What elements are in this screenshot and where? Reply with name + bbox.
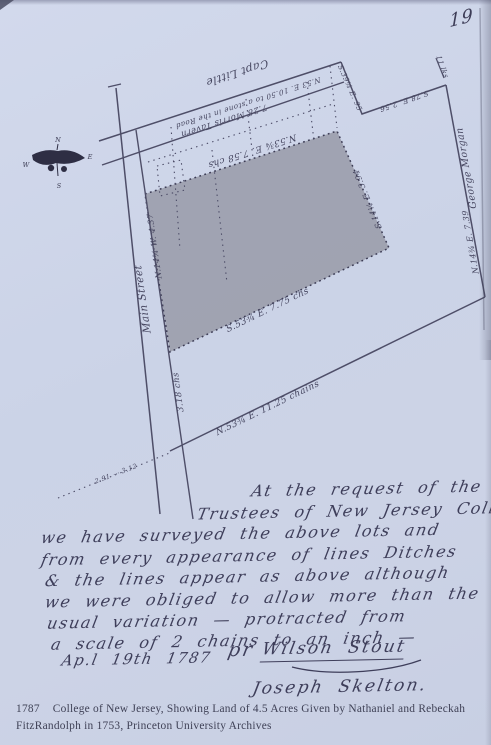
compass-east-letter: E <box>88 153 93 161</box>
signature-prefix: pr <box>226 641 255 661</box>
photo-top-shadow <box>0 0 491 5</box>
compass-north-letter: N <box>55 136 61 144</box>
compass-south-letter: S <box>57 182 61 190</box>
scanned-archive-page: Capt Little N.53 E. 10.50 to a stone in … <box>0 0 491 745</box>
compass-west-letter: W <box>23 161 30 169</box>
photo-right-shadow-lower <box>485 340 491 745</box>
signature-joseph-skelton: Joseph Skelton. <box>251 677 429 698</box>
street-end-tick <box>108 84 121 87</box>
note-date: Ap.l 19th 1787 <box>60 650 212 668</box>
compass-rose-icon <box>32 144 85 176</box>
caption-text: College of New Jersey, Showing Land of 4… <box>16 703 465 732</box>
caption: 1787College of New Jersey, Showing Land … <box>16 701 478 735</box>
photo-right-shadow <box>479 0 491 360</box>
signature-wilson-stout: Wilson Stout <box>260 639 408 663</box>
caption-year: 1787 <box>16 703 40 715</box>
signature-flourish <box>292 660 421 672</box>
